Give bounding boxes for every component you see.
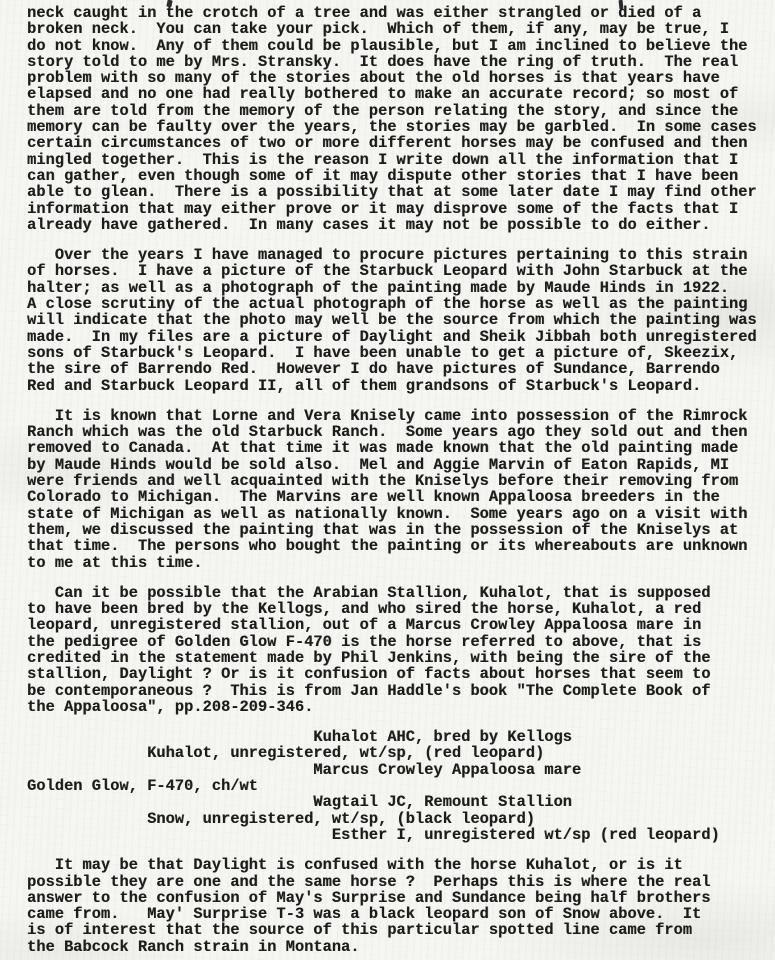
text-line: story told to me by Mrs. Stransky. It do… <box>27 54 765 70</box>
text-line: be contemporaneous ? This is from Jan Ha… <box>27 683 765 699</box>
text-line: Kuhalot, unregistered, wt/sp, (red leopa… <box>27 745 765 761</box>
typewritten-document-page: neck caught in the crotch of a tree and … <box>0 0 775 955</box>
text-line: made. In my files are a picture of Dayli… <box>27 329 765 345</box>
text-line: mingled together. This is the reason I w… <box>27 152 765 168</box>
knisely-paragraph: It is known that Lorne and Vera Knisely … <box>27 408 765 571</box>
text-line: possible they are one and the same horse… <box>27 874 765 890</box>
text-line: is of interest that the source of this p… <box>27 922 765 938</box>
text-line: memory can be faulty over the years, the… <box>27 119 765 135</box>
text-line: A close scrutiny of the actual photograp… <box>27 296 765 312</box>
text-line: to me at this time. <box>27 555 765 571</box>
text-line: can gather, even though some of it may d… <box>27 168 765 184</box>
text-line: of horses. I have a picture of the Starb… <box>27 263 765 279</box>
closing-paragraph: It may be that Daylight is confused with… <box>27 857 765 955</box>
text-line: It may be that Daylight is confused with… <box>27 857 765 873</box>
text-line: state of Michigan as well as nationally … <box>27 506 765 522</box>
text-line: the Appaloosa", pp.208-209-346. <box>27 699 765 715</box>
text-line: Marcus Crowley Appaloosa mare <box>27 762 765 778</box>
text-line: that time. The persons who bought the pa… <box>27 538 765 554</box>
text-line: leopard, unregistered stallion, out of a… <box>27 617 765 633</box>
opening-paragraph: neck caught in the crotch of a tree and … <box>27 5 765 233</box>
text-line: broken neck. You can take your pick. Whi… <box>27 21 765 37</box>
text-line: elapsed and no one had really bothered t… <box>27 86 765 102</box>
text-line: certain circumstances of two or more dif… <box>27 135 765 151</box>
text-line: by Maude Hinds would be sold also. Mel a… <box>27 457 765 473</box>
text-line: them, we discussed the painting that was… <box>27 522 765 538</box>
text-line: answer to the confusion of May's Surpris… <box>27 890 765 906</box>
text-line: Red and Starbuck Leopard II, all of them… <box>27 378 765 394</box>
text-line: Snow, unregistered, wt/sp, (black leopar… <box>27 811 765 827</box>
text-line: the pedigree of Golden Glow F-470 is the… <box>27 634 765 650</box>
text-line: Esther I, unregistered wt/sp (red leopar… <box>27 827 765 843</box>
text-line: Colorado to Michigan. The Marvins are we… <box>27 489 765 505</box>
pedigree-chart: Kuhalot AHC, bred by Kellogs Kuhalot, un… <box>27 729 765 843</box>
text-line: to have been bred by the Kellogs, and wh… <box>27 601 765 617</box>
text-line: Golden Glow, F-470, ch/wt <box>27 778 765 794</box>
text-line: Over the years I have managed to procure… <box>27 247 765 263</box>
text-line: sons of Starbuck's Leopard. I have been … <box>27 345 765 361</box>
text-line: Kuhalot AHC, bred by Kellogs <box>27 729 765 745</box>
text-line: problem with so many of the stories abou… <box>27 70 765 86</box>
text-line: Ranch which was the old Starbuck Ranch. … <box>27 424 765 440</box>
pictures-paragraph: Over the years I have managed to procure… <box>27 247 765 394</box>
text-line: the Babcock Ranch strain in Montana. <box>27 939 765 955</box>
text-line: already have gathered. In many cases it … <box>27 217 765 233</box>
kuhalot-paragraph: Can it be possible that the Arabian Stal… <box>27 585 765 715</box>
text-line: able to glean. There is a possibility th… <box>27 184 765 200</box>
text-line: do not know. Any of them could be plausi… <box>27 38 765 54</box>
text-line: credited in the statement made by Phil J… <box>27 650 765 666</box>
text-line: the sire of Barrendo Red. However I do h… <box>27 361 765 377</box>
text-line: It is known that Lorne and Vera Knisely … <box>27 408 765 424</box>
text-line: them are told from the memory of the per… <box>27 103 765 119</box>
text-line: were friends and well acquainted with th… <box>27 473 765 489</box>
text-line: removed to Canada. At that time it was m… <box>27 440 765 456</box>
text-line: information that may either prove or it … <box>27 201 765 217</box>
text-line: neck caught in the crotch of a tree and … <box>27 5 765 21</box>
text-line: Wagtail JC, Remount Stallion <box>27 794 765 810</box>
text-line: came from. May' Surprise T-3 was a black… <box>27 906 765 922</box>
text-line: Can it be possible that the Arabian Stal… <box>27 585 765 601</box>
text-line: stallion, Daylight ? Or is it confusion … <box>27 666 765 682</box>
text-line: halter; as well as a photograph of the p… <box>27 280 765 296</box>
text-line: will indicate that the photo may well be… <box>27 312 765 328</box>
